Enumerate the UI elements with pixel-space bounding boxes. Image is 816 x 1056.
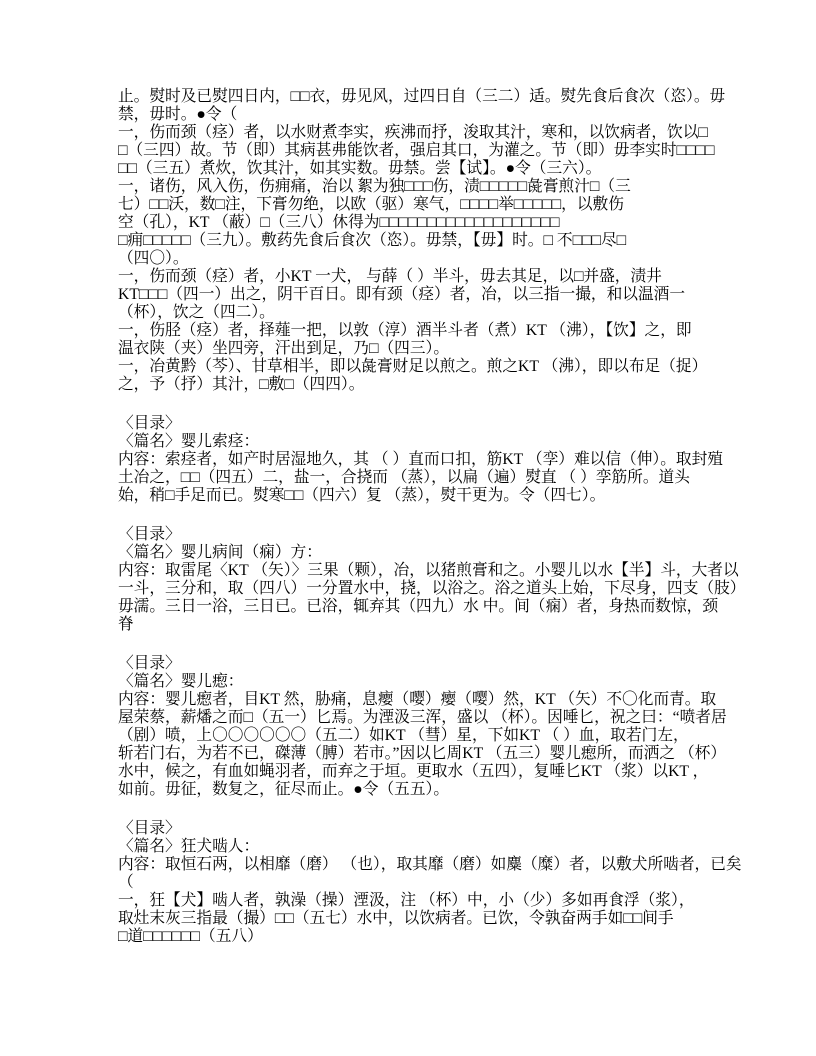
text-line: 七）□□沃，数□注，下膏勿绝，以欧（驱）寒气，□□□□举□□□□□，以敷伤 [118,196,716,214]
text-line: 温衣陕（夹）坐四旁，汗出到足，乃□（四三）。 [118,340,716,358]
text-line: 屋荣蔡，薪燔之而□（五一）匕焉。为湮汲三浑，盛以 （杯）。因唾匕，祝之曰：“喷者… [118,709,716,727]
text-line: KT□□□（四一）出之，阴干百日。即有颈（痉）者，冶，以三指一撮，和以温酒一 [118,286,716,304]
text-line: 〈目录〉 [118,526,716,544]
text-line: 一，诸伤，风入伤，伤痈痛，治以 絮为独□□□伤，渍□□□□□彘膏煎汁□（三 [118,178,716,196]
text-line: 始，稍□手足而已。熨寒□□（四六）复 （蒸），熨干更为。令（四七）。 [118,487,716,505]
text-line: 斩若门右，为若不已，磔薄（膊）若市。”因以匕周KT （五三）婴儿瘛所，而洒之 （… [118,745,716,763]
text-line: 内容：索痉者，如产时居湿地久，其 （ ）直而口扣，筋KT （孪）难以信（伸）。取… [118,451,716,469]
text-line: （ [118,874,716,892]
text-line: □（三四）故。节（即）其病甚弗能饮者，强启其口，为灌之。节（即）毋李实时□□□□ [118,142,716,160]
section-entry-yinger-suojing: 〈目录〉〈篇名〉婴儿索痉：内容：索痉者，如产时居湿地久，其 （ ）直而口扣，筋K… [118,415,716,505]
document-page: 止。熨时及已熨四日内，□□衣，毋见风，过四日自（三二）适。熨先食后食次（恣）。毋… [0,0,816,1056]
text-line: （杯），饮之（四二）。 [118,304,716,322]
section-prescriptions-continued: 止。熨时及已熨四日内，□□衣，毋见风，过四日自（三二）适。熨先食后食次（恣）。毋… [118,88,716,394]
text-line: 一，狂【犬】啮人者，孰澡（操）湮汲，注 （杯）中，小（少）多如再食浮（浆）， [118,892,716,910]
text-line: 一斗，三分和，取（四八）一分置水中，挠，以浴之。浴之道头上始，下尽身，四支（肢） [118,580,716,598]
text-line: 脊 [118,616,716,634]
document-content: 止。熨时及已熨四日内，□□衣，毋见风，过四日自（三二）适。熨先食后食次（恣）。毋… [118,88,716,946]
text-line: 内容：取恒石两，以相靡（磨） （也），取其靡（磨）如麋（糜）者，以敷犬所啮者，已… [118,856,716,874]
text-line: 〈篇名〉婴儿索痉： [118,433,716,451]
text-line: 〈目录〉 [118,415,716,433]
text-line: 止。熨时及已熨四日内，□□衣，毋见风，过四日自（三二）适。熨先食后食次（恣）。毋 [118,88,716,106]
text-line: 〈篇名〉婴儿瘛： [118,673,716,691]
text-line: 毋濡。三日一浴，三日已。已浴，辄弃其（四九）水 中。间（痫）者，身热而数惊，颈 [118,598,716,616]
text-line: 〈目录〉 [118,820,716,838]
text-line: 一，伤胫（痉）者，择薤一把，以敦（淳）酒半斗者（煮）KT （沸），【饮】之，即 [118,322,716,340]
text-line: 如前。毋征，数复之，征尽而止。●令（五五）。 [118,781,716,799]
text-line: 〈篇名〉婴儿病间（痫）方： [118,544,716,562]
text-line: 一，伤而颈（痉）者，小KT 一犬， 与薛（ ）半斗，毋去其足，以□并盛，渍井 [118,268,716,286]
text-line: □痈□□□□□（三九）。敷药先食后食次（恣）。毋禁，【毋】时。□ 不□□□尽□ [118,232,716,250]
text-line: 禁，毋时。●令（ [118,106,716,124]
text-line: 土冶之，□□（四五）二，盐一，合挠而 （蒸），以扁（遍）熨直 （ ）孪筋所。道头 [118,469,716,487]
text-line: 取灶末灰三指最（撮）□□（五七）水中，以饮病者。已饮，令孰奋两手如□□间手 [118,910,716,928]
section-entry-yinger-chi: 〈目录〉〈篇名〉婴儿瘛：内容：婴儿瘛者，目KT 然，胁痛，息瘿（嘤）瘿（嘤）然，… [118,655,716,799]
text-line: 〈篇名〉狂犬啮人： [118,838,716,856]
text-line: 内容：婴儿瘛者，目KT 然，胁痛，息瘿（嘤）瘿（嘤）然，KT （矢）不〇化而青。… [118,691,716,709]
text-line: □道□□□□□□（五八） [118,928,716,946]
text-line: 一，伤而颈（痉）者，以水财煮李实，疾沸而抒，浚取其汁，寒和，以饮病者，饮以□ [118,124,716,142]
section-entry-yinger-bingjian: 〈目录〉〈篇名〉婴儿病间（痫）方：内容：取雷尾〈KT （矢）〉三果（颗），冶，以… [118,526,716,634]
text-line: （四〇）。 [118,250,716,268]
text-line: 空（孔），KT （蔽）□（三八）休得为□□□□□□□□□□□□□□□□□□□ [118,214,716,232]
text-line: 内容：取雷尾〈KT （矢）〉三果（颗），冶，以猪煎膏和之。小婴儿以水【半】斗，大… [118,562,716,580]
text-line: 之，予（抒）其汁，□敷□（四四）。 [118,376,716,394]
text-line: 水中，候之，有血如蝇羽者，而弃之于垣。更取水（五四），复唾匕KT （浆）以KT … [118,763,716,781]
text-line: 〈目录〉 [118,655,716,673]
section-entry-kuangquan-nieren: 〈目录〉〈篇名〉狂犬啮人：内容：取恒石两，以相靡（磨） （也），取其靡（磨）如麋… [118,820,716,946]
text-line: □□（三五）煮炊，饮其汁，如其实数。毋禁。尝【试】。●令（三六）。 [118,160,716,178]
text-line: （剧）喷，上〇〇〇〇〇〇（五二）如KT （彗）星，下如KT （ ）血，取若门左， [118,727,716,745]
text-line: 一，冶黄黔（芩）、甘草相半，即以彘膏财足以煎之。煎之KT （沸），即以布足（捉） [118,358,716,376]
